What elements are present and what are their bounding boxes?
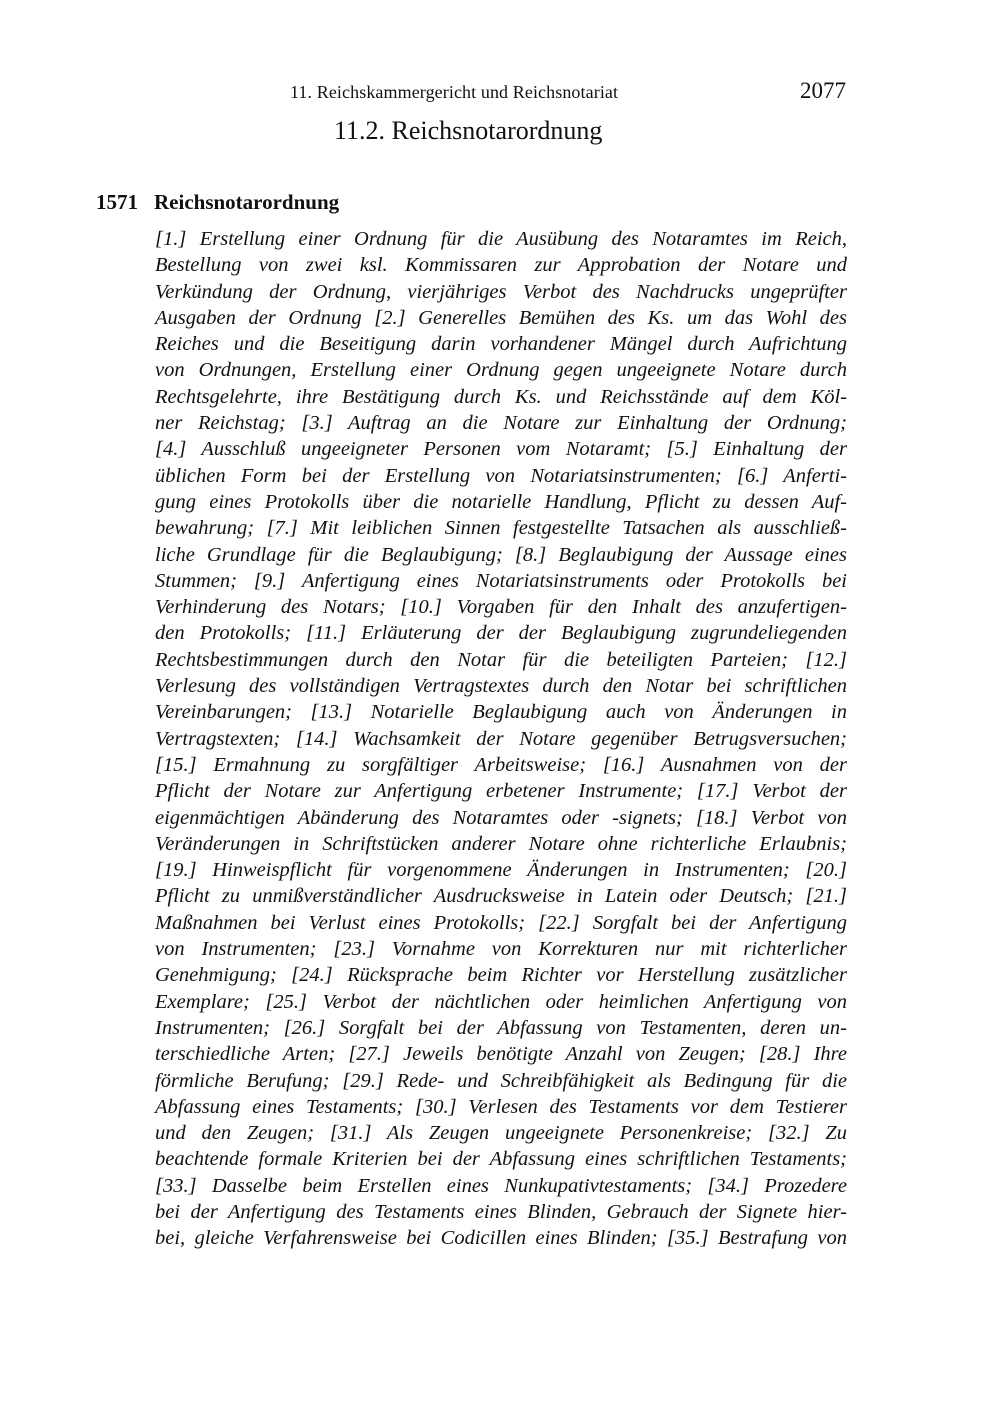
text-line: Bestellung von zwei ksl. Kommissaren zur…	[155, 252, 847, 278]
page-number: 2077	[800, 78, 846, 104]
text-line: gung eines Protokolls über die notariell…	[155, 489, 847, 515]
text-line: üblichen Form bei der Erstellung von Not…	[155, 463, 847, 489]
text-line: von Ordnungen, Erstellung einer Ordnung …	[155, 357, 847, 383]
section-heading: 11.2. Reichsnotarordnung	[334, 116, 602, 146]
text-line: beachtende formale Kriterien bei der Abf…	[155, 1146, 847, 1172]
entry-title: Reichsnotarordnung	[154, 190, 339, 214]
text-line: Abfassung eines Testaments; [30.] Verles…	[155, 1094, 847, 1120]
text-line: von Instrumenten; [23.] Vornahme von Kor…	[155, 936, 847, 962]
text-line: Ausgaben der Ordnung [2.] Generelles Bem…	[155, 305, 847, 331]
running-header: 11. Reichskammergericht und Reichsnotari…	[290, 78, 846, 108]
text-line: Verkündung der Ordnung, vierjähriges Ver…	[155, 279, 847, 305]
text-line: Genehmigung; [24.] Rücksprache beim Rich…	[155, 962, 847, 988]
text-line: ner Reichstag; [3.] Auftrag an die Notar…	[155, 410, 847, 436]
text-line: eigenmächtigen Abänderung des Notaramtes…	[155, 805, 847, 831]
text-line: Verhinderung des Notars; [10.] Vorgaben …	[155, 594, 847, 620]
text-line: Rechtsbestimmungen durch den Notar für d…	[155, 647, 847, 673]
text-line: den Protokolls; [11.] Erläuterung der de…	[155, 620, 847, 646]
text-line: [19.] Hinweispflicht für vorgenommene Än…	[155, 857, 847, 883]
text-line: Exemplare; [25.] Verbot der nächtlichen …	[155, 989, 847, 1015]
text-line: Instrumenten; [26.] Sorgfalt bei der Abf…	[155, 1015, 847, 1041]
text-line: [33.] Dasselbe beim Erstellen eines Nunk…	[155, 1173, 847, 1199]
text-line: bei der Anfertigung des Testaments eines…	[155, 1199, 847, 1225]
text-line: liche Grundlage für die Beglaubigung; [8…	[155, 542, 847, 568]
entry-number: 1571	[96, 190, 154, 215]
text-line: [1.] Erstellung einer Ordnung für die Au…	[155, 226, 847, 252]
entry-summary-text: [1.] Erstellung einer Ordnung für die Au…	[155, 226, 847, 1252]
text-line: Vertragstexten; [14.] Wachsamkeit der No…	[155, 726, 847, 752]
text-line: [4.] Ausschluß ungeeigneter Personen vom…	[155, 436, 847, 462]
text-line: terschiedliche Arten; [27.] Jeweils benö…	[155, 1041, 847, 1067]
text-line: Rechtsgelehrte, ihre Bestätigung durch K…	[155, 384, 847, 410]
text-line: Veränderungen in Schriftstücken anderer …	[155, 831, 847, 857]
text-line: förmliche Berufung; [29.] Rede- und Schr…	[155, 1068, 847, 1094]
text-line: Maßnahmen bei Verlust eines Protokolls; …	[155, 910, 847, 936]
running-title: 11. Reichskammergericht und Reichsnotari…	[290, 82, 618, 103]
text-line: [15.] Ermahnung zu sorgfältiger Arbeitsw…	[155, 752, 847, 778]
text-line: Pflicht zu unmißverständlicher Ausdrucks…	[155, 883, 847, 909]
text-line: Reiches und die Beseitigung darin vorhan…	[155, 331, 847, 357]
entry-heading: 1571Reichsnotarordnung	[96, 190, 339, 215]
text-line: bewahrung; [7.] Mit leiblichen Sinnen fe…	[155, 515, 847, 541]
text-line: Pflicht der Notare zur Anfertigung erbet…	[155, 778, 847, 804]
text-line: und den Zeugen; [31.] Als Zeugen ungeeig…	[155, 1120, 847, 1146]
text-line: Stummen; [9.] Anfertigung eines Notariat…	[155, 568, 847, 594]
text-line: bei, gleiche Verfahrensweise bei Codicil…	[155, 1225, 847, 1251]
text-line: Vereinbarungen; [13.] Notarielle Beglaub…	[155, 699, 847, 725]
text-line: Verlesung des vollständigen Vertragstext…	[155, 673, 847, 699]
